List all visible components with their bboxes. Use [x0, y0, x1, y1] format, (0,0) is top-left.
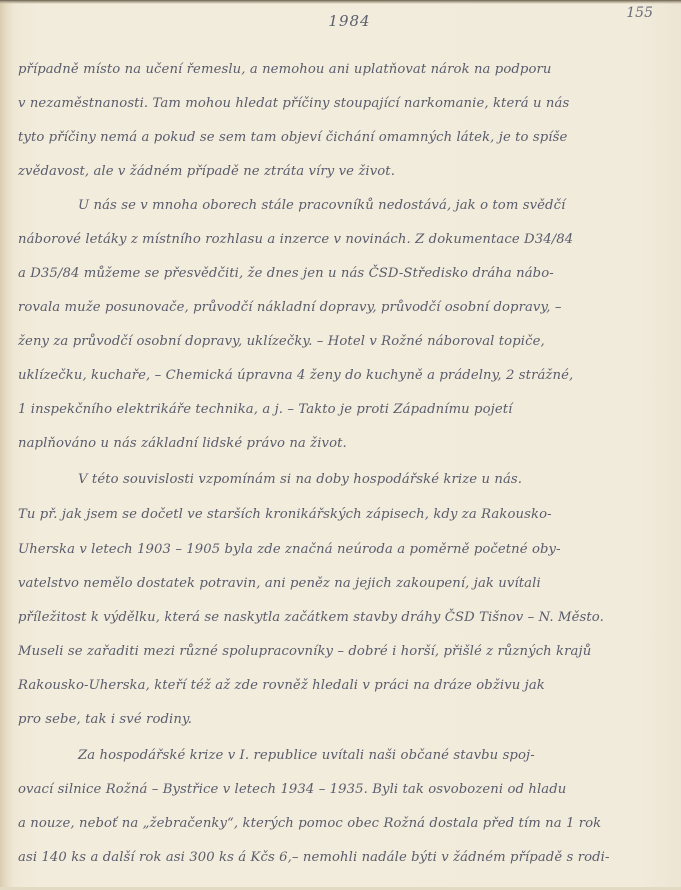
text-line: zvědavost, ale v žádném případě ne ztrát… — [18, 164, 395, 179]
text-line: Za hospodářské krize v I. republice uvít… — [78, 748, 535, 763]
text-line: asi 140 ks a další rok asi 300 ks á Kčs … — [18, 850, 610, 865]
page-number: 155 — [626, 5, 653, 21]
text-line: ženy za průvodčí osobní dopravy, uklízeč… — [18, 334, 545, 349]
text-line: Museli se zařaditi mezi různé spolupraco… — [18, 644, 591, 659]
text-line: naplňováno u nás základní lidské právo n… — [18, 436, 347, 451]
text-line: tyto příčiny nemá a pokud se sem tam obj… — [18, 130, 567, 145]
text-line: 1 inspekčního elektrikáře technika, a j.… — [18, 402, 512, 417]
text-line: Tu př. jak jsem se dočetl ve starších kr… — [18, 507, 552, 522]
text-line: a nouze, neboť na „žebračenky“, kterých … — [18, 816, 601, 831]
text-line: příležitost k výdělku, která se naskytla… — [18, 610, 604, 625]
text-line: U nás se v mnoha oborech stále pracovník… — [78, 198, 565, 213]
manuscript-page: 1984 155 případně místo na učení řemeslu… — [0, 0, 681, 890]
text-line: Uherska v letech 1903 – 1905 byla zde zn… — [18, 542, 561, 557]
text-line: V této souvislosti vzpomínám si na doby … — [78, 472, 522, 487]
text-line: vatelstvo nemělo dostatek potravin, ani … — [18, 576, 541, 591]
text-line: pro sebe, tak i své rodiny. — [18, 712, 192, 727]
text-line: uklízečku, kuchaře, – Chemická úpravna 4… — [18, 368, 573, 383]
page-year-heading: 1984 — [0, 12, 681, 30]
text-line: náborové letáky z místního rozhlasu a in… — [18, 232, 573, 247]
text-line: a D35/84 můžeme se přesvědčiti, že dnes … — [18, 266, 554, 281]
text-line: rovala muže posunovače, průvodčí nákladn… — [18, 300, 562, 315]
text-line: případně místo na učení řemeslu, a nemoh… — [18, 62, 552, 77]
text-line: v nezaměstnanosti. Tam mohou hledat příč… — [18, 96, 569, 111]
text-line: Rakousko-Uherska, kteří též až zde rovně… — [18, 678, 545, 693]
text-line: ovací silnice Rožná – Bystřice v letech … — [18, 782, 566, 797]
